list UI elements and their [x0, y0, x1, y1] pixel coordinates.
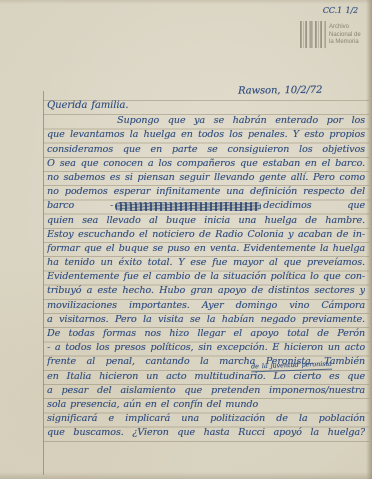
- archive-stamp-line: Nacional de: [329, 32, 361, 40]
- archive-stamp-text: Archivo Nacional de la Memoria: [329, 21, 361, 49]
- letter-line: barco -decidimos que: [47, 199, 365, 213]
- letter-line: en Italia hicieron un acto multitudinari…: [47, 370, 365, 384]
- letter-line: no sabemos es si piensan seguir llevando…: [47, 171, 365, 185]
- letter-line: a pesar del aislamiento que pretenden im…: [47, 384, 365, 398]
- letter-line: Evidentemente fue el cambio de la situac…: [47, 270, 365, 284]
- letter-line: significará e implicará una politización…: [47, 412, 365, 426]
- archive-stamp-line: la Memoria: [329, 39, 361, 47]
- archive-stamp-line: Archivo: [329, 24, 361, 32]
- letter-line: tribuyó a este hecho. Hubo gran apoyo de…: [47, 284, 365, 298]
- archive-logo-bars-icon: [300, 21, 326, 48]
- letter-line: sola presencia, aún en el confín del mun…: [47, 398, 365, 412]
- letter-line: formar que el buque se puso en venta. Ev…: [47, 242, 365, 256]
- letter-line: que buscamos. ¿Vieron que hasta Rucci ap…: [47, 426, 365, 440]
- classification-code: CC.1 1/2: [323, 6, 358, 15]
- letter-line: que levantamos la huelga en todos los pe…: [47, 128, 365, 142]
- archive-stamp: Archivo Nacional de la Memoria: [300, 21, 368, 49]
- letter-line: De todas formas nos hizo llegar el apoyo…: [47, 327, 365, 341]
- letter-line: quien sea llevado al buque inicia una hu…: [47, 214, 365, 228]
- letter-line: O sea que conocen a los compañeros que e…: [47, 157, 365, 171]
- letter-body: Supongo que ya se habrán enterado por lo…: [47, 114, 365, 440]
- letter-line: consideramos que en parte se consiguiero…: [47, 143, 365, 157]
- letter-line: a visitarnos. Pero la visita se la había…: [47, 313, 365, 327]
- salutation: Querida familia.: [47, 100, 128, 114]
- struck-out-scribble: [115, 202, 261, 211]
- letter-line: movilizaciones importantes. Ayer domingo…: [47, 299, 365, 313]
- letter-date: Rawson, 10/2/72: [238, 84, 358, 99]
- letter-line: - a todos los presos políticos, sin exce…: [47, 341, 365, 355]
- letter-line: no podemos esperar infinitamente una def…: [47, 185, 365, 199]
- letter-line: ha tenido un éxito total. Y ese fue mayo…: [47, 256, 365, 270]
- margin-line: [43, 91, 44, 475]
- letter-line: Supongo que ya se habrán enterado por lo…: [47, 114, 365, 128]
- scan-edge-bottom: [0, 472, 372, 479]
- letter-line: Estoy escuchando el noticiero de Radio C…: [47, 228, 365, 242]
- scanned-letter-page: CC.1 1/2 Archivo Nacional de la Memoria …: [0, 0, 372, 479]
- scan-edge-top: [0, 0, 372, 4]
